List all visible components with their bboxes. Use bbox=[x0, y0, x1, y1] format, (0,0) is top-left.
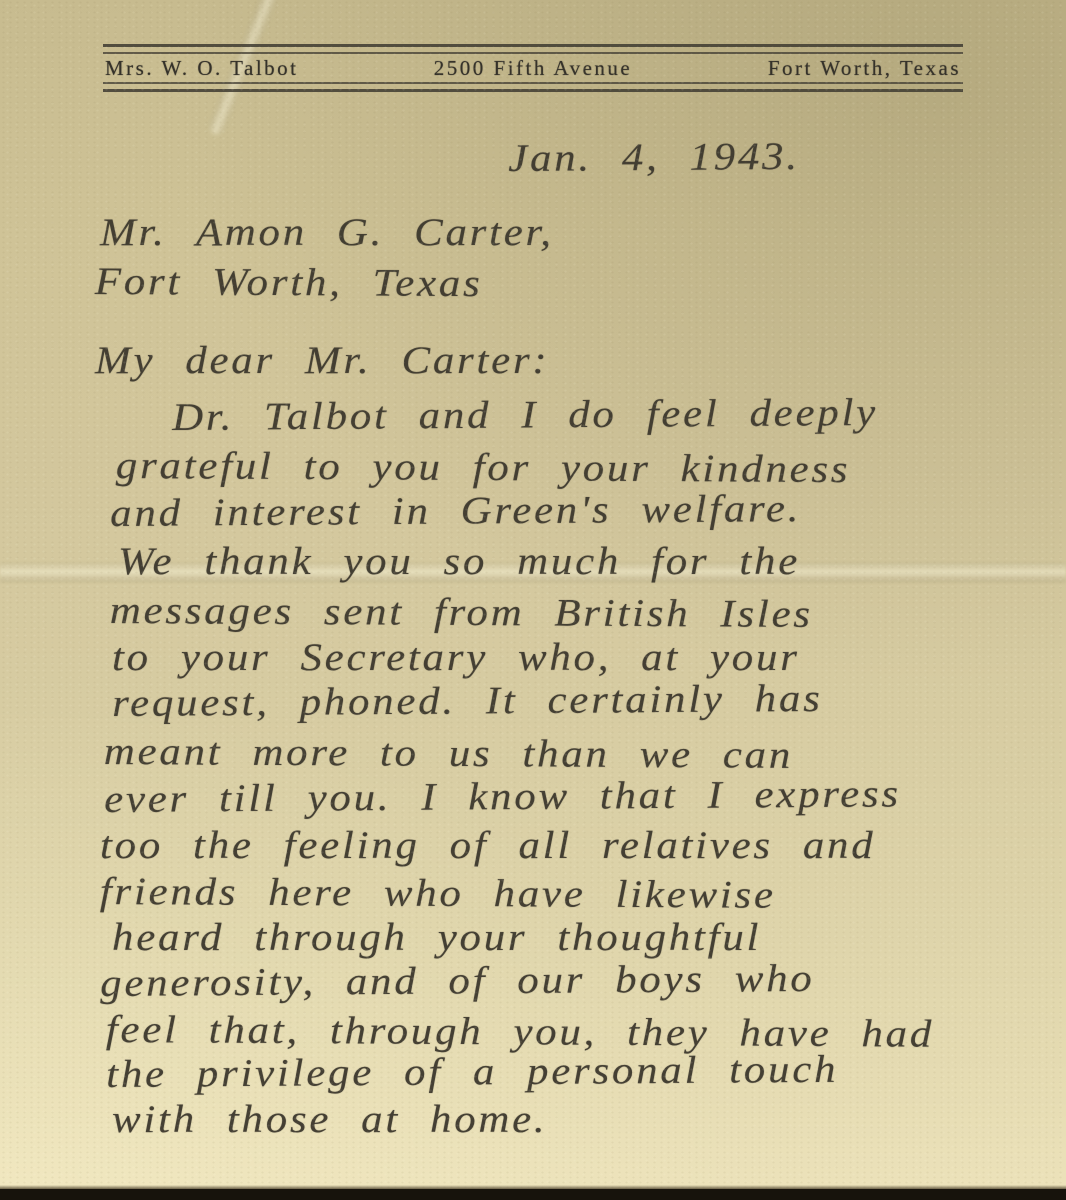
body-line: ever till you. I know that I express bbox=[104, 771, 901, 822]
recipient-name-line: Mr. Amon G. Carter, bbox=[100, 210, 554, 255]
body-line: messages sent from British Isles bbox=[110, 588, 813, 637]
body-line: Dr. Talbot and I do feel deeply bbox=[172, 390, 878, 440]
body-line: too the feeling of all relatives and bbox=[100, 823, 875, 868]
body-line: and interest in Green's welfare. bbox=[110, 486, 801, 536]
body-line: We thank you so much for the bbox=[118, 539, 800, 584]
letterhead-sender-name: Mrs. W. O. Talbot bbox=[105, 56, 299, 81]
body-line: meant more to us than we can bbox=[104, 729, 793, 778]
letterhead-rule-top-thin bbox=[103, 52, 963, 54]
body-line: grateful to you for your kindness bbox=[116, 443, 851, 492]
letter-paper: Mrs. W. O. Talbot 2500 Fifth Avenue Fort… bbox=[0, 0, 1066, 1190]
recipient-city-line: Fort Worth, Texas bbox=[95, 259, 483, 306]
body-line: the privilege of a personal touch bbox=[106, 1047, 838, 1097]
letterhead-rule-top-thick bbox=[103, 44, 963, 47]
letterhead: Mrs. W. O. Talbot 2500 Fifth Avenue Fort… bbox=[103, 40, 963, 96]
letterhead-rule-bottom-thin bbox=[103, 82, 963, 84]
letterhead-rule-bottom-thick bbox=[103, 89, 963, 92]
salutation-line: My dear Mr. Carter: bbox=[95, 338, 549, 383]
body-line: request, phoned. It certainly has bbox=[112, 676, 823, 726]
letterhead-text-row: Mrs. W. O. Talbot 2500 Fifth Avenue Fort… bbox=[105, 55, 961, 81]
letterhead-sender-city: Fort Worth, Texas bbox=[768, 56, 961, 81]
body-line: generosity, and of our boys who bbox=[100, 956, 815, 1006]
body-line: to your Secretary who, at your bbox=[112, 635, 800, 680]
body-line: with those at home. bbox=[112, 1097, 547, 1142]
scanner-bed-strip bbox=[0, 1189, 1066, 1200]
body-line: heard through your thoughtful bbox=[112, 915, 761, 960]
body-line: friends here who have likewise bbox=[100, 869, 776, 918]
date-line: Jan. 4, 1943. bbox=[508, 134, 800, 181]
